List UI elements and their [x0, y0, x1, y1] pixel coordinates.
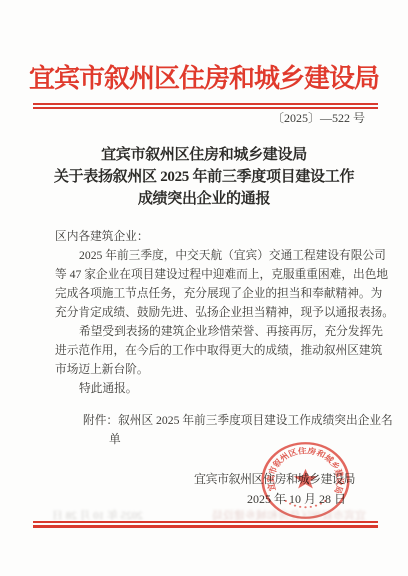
- body-line: 特此通报。: [55, 379, 388, 398]
- body-line: 等 47 家企业在项目建设过程中迎难而上，克服重重困难，出色地: [55, 265, 388, 284]
- document-title: 宜宾市叙州区住房和城乡建设局 关于表扬叙州区 2025 年前三季度项目建设工作 …: [0, 144, 408, 210]
- document-title-line: 成绩突出企业的通报: [0, 188, 408, 210]
- letterhead-agency-name: 宜宾市叙州区住房和城乡建设局: [0, 58, 408, 95]
- body-line: 市场迈上新台阶。: [55, 360, 388, 379]
- body-line: 希望受到表扬的建筑企业珍惜荣誉、再接再厉，充分发挥先: [55, 322, 388, 341]
- body-line: 充分肯定成绩、鼓励先进、弘扬企业担当精神，现予以通报表扬。: [55, 303, 388, 322]
- attachment-line: 附件：叙州区 2025 年前三季度项目建设工作成绩突出企业名: [83, 411, 393, 430]
- body-line: 进示范作用，在今后的工作中取得更大的成绩，推动叙州区建筑: [55, 341, 388, 360]
- divider-line: [33, 525, 378, 528]
- document-body: 区内各建筑企业： 2025 年前三季度，中交天航（宜宾）交通工程建设有限公司 等…: [55, 227, 388, 398]
- body-line: 2025 年前三季度，中交天航（宜宾）交通工程建设有限公司: [55, 246, 388, 265]
- footer-divider: [33, 521, 378, 528]
- star-icon: [294, 469, 318, 489]
- body-line: 区内各建筑企业：: [55, 227, 388, 246]
- document-page: 宜宾市叙州区住房和城乡建设局 〔2025〕—522 号 宜宾市叙州区住房和城乡建…: [0, 0, 408, 576]
- body-line: 完成各项施工节点任务，充分展现了企业的担当和奉献精神。为: [55, 284, 388, 303]
- document-title-line: 宜宾市叙州区住房和城乡建设局: [0, 144, 408, 166]
- document-number: 〔2025〕—522 号: [272, 109, 365, 126]
- document-title-line: 关于表扬叙州区 2025 年前三季度项目建设工作: [0, 166, 408, 188]
